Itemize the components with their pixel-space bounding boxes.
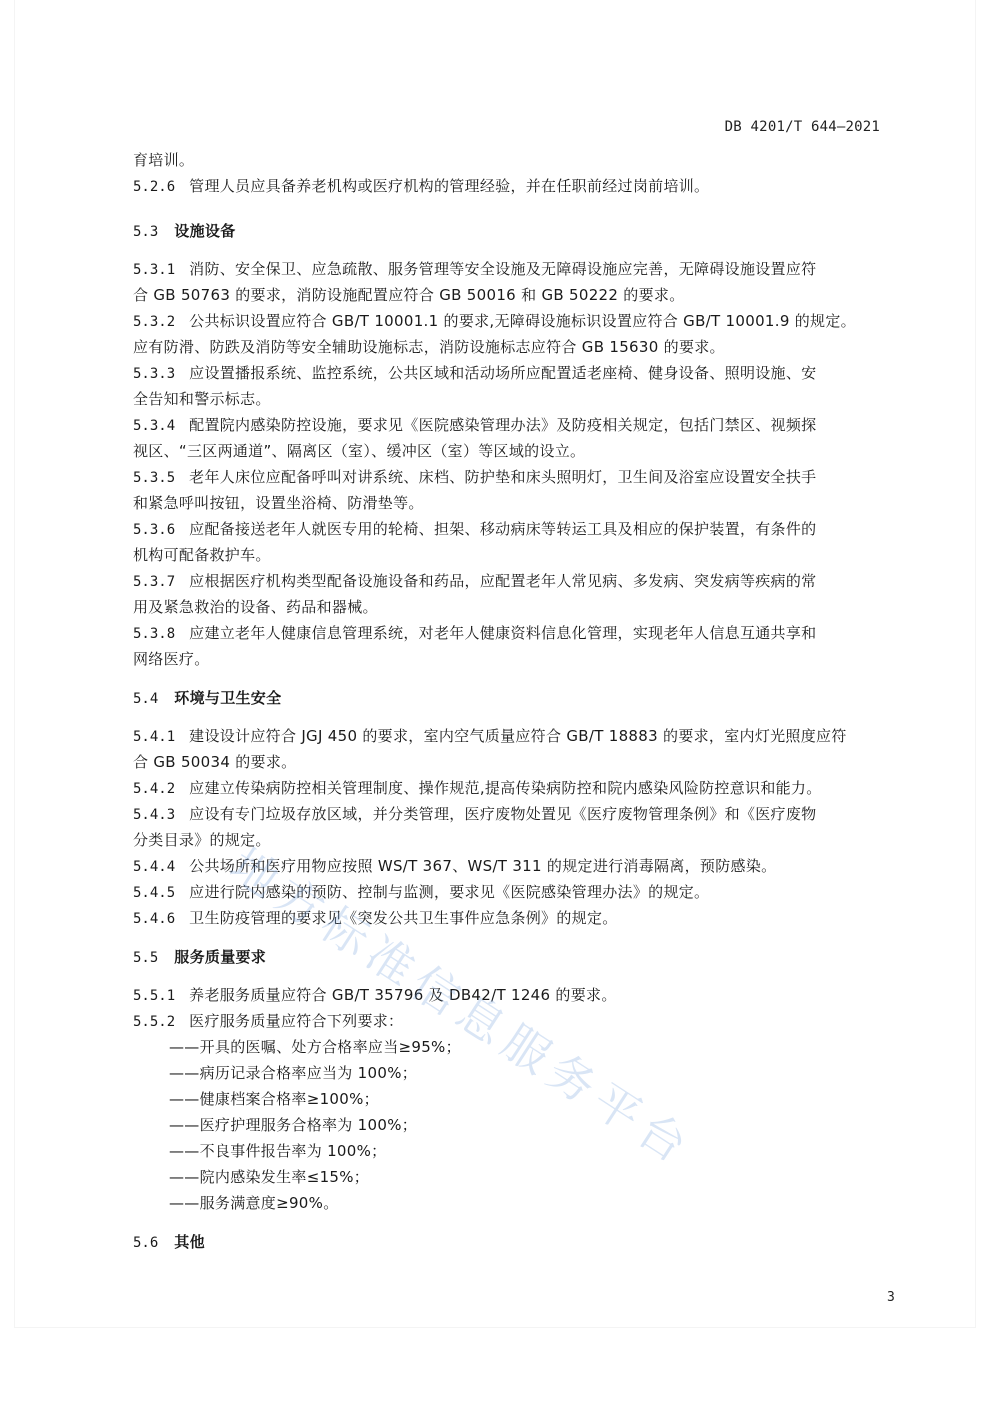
- clause-number: 5.3.6: [133, 522, 175, 538]
- clause-number: 5.4.6: [133, 911, 175, 927]
- section-heading: 5.3设施设备: [133, 221, 236, 242]
- continuation-line: 用及紧急救治的设备、药品和器械。: [133, 597, 378, 617]
- clause-number: 5.3.2: [133, 314, 175, 330]
- list-item: ——健康档案合格率≥100%；: [169, 1089, 379, 1109]
- line-text: 应设有专门垃圾存放区域，并分类管理，医疗废物处置见《医疗废物管理条例》和《医疗废…: [189, 805, 816, 823]
- line-text: 应建立老年人健康信息管理系统，对老年人健康资料信息化管理，实现老年人信息互通共享…: [189, 624, 816, 642]
- clause-number: 5.3.1: [133, 262, 175, 278]
- clause-line: 5.3.2公共标识设置应符合 GB/T 10001.1 的要求,无障碍设施标识设…: [133, 311, 856, 332]
- list-item: ——不良事件报告率为 100%；: [169, 1141, 386, 1161]
- page-number: 3: [887, 1290, 895, 1305]
- clause-line: 5.5.2医疗服务质量应符合下列要求：: [133, 1011, 403, 1032]
- clause-number: 5.3.5: [133, 470, 175, 486]
- clause-number: 5.4: [133, 691, 158, 707]
- clause-line: 5.4.5应进行院内感染的预防、控制与监测，要求见《医院感染管理办法》的规定。: [133, 882, 709, 903]
- list-item: ——服务满意度≥90%。: [169, 1193, 339, 1213]
- continuation-line: 分类目录》的规定。: [133, 830, 271, 850]
- clause-line: 5.3.7应根据医疗机构类型配备设施设备和药品，应配置老年人常见病、多发病、突发…: [133, 571, 816, 592]
- list-item: ——院内感染发生率≤15%；: [169, 1167, 369, 1187]
- line-text: 配置院内感染防控设施，要求见《医院感染管理办法》及防疫相关规定，包括门禁区、视频…: [189, 416, 816, 434]
- line-text: 老年人床位应配备呼叫对讲系统、床档、防护垫和床头照明灯，卫生间及浴室应设置安全扶…: [189, 468, 816, 486]
- document-page: DB 4201/T 644—2021 育培训。5.2.6管理人员应具备养老机构或…: [15, 0, 975, 1327]
- line-text: ——医疗护理服务合格率为 100%；: [169, 1116, 417, 1134]
- line-text: ——健康档案合格率≥100%；: [169, 1090, 379, 1108]
- line-text: 公共标识设置应符合 GB/T 10001.1 的要求,无障碍设施标识设置应符合 …: [189, 312, 856, 330]
- clause-number: 5.4.2: [133, 781, 175, 797]
- clause-line: 5.4.1建设设计应符合 JGJ 450 的要求，室内空气质量应符合 GB/T …: [133, 726, 847, 747]
- line-text: 服务质量要求: [174, 948, 266, 966]
- clause-line: 5.3.3应设置播报系统、监控系统，公共区域和活动场所应配置适老座椅、健身设备、…: [133, 363, 816, 384]
- continuation-line: 机构可配备救护车。: [133, 545, 271, 565]
- clause-number: 5.4.3: [133, 807, 175, 823]
- line-text: 应建立传染病防控相关管理制度、操作规范,提高传染病防控和院内感染风险防控意识和能…: [189, 779, 821, 797]
- continuation-line: 应有防滑、防跌及消防等安全辅助设施标志，消防设施标志应符合 GB 15630 的…: [133, 337, 725, 357]
- list-item: ——开具的医嘱、处方合格率应当≥95%；: [169, 1037, 461, 1057]
- line-text: 公共场所和医疗用物应按照 WS/T 367、WS/T 311 的规定进行消毒隔离…: [189, 857, 776, 875]
- line-text: ——不良事件报告率为 100%；: [169, 1142, 386, 1160]
- clause-number: 5.3: [133, 224, 158, 240]
- line-text: 设施设备: [174, 222, 235, 240]
- line-text: 分类目录》的规定。: [133, 831, 271, 849]
- clause-number: 5.6: [133, 1235, 158, 1251]
- continuation-line: 合 GB 50763 的要求，消防设施配置应符合 GB 50016 和 GB 5…: [133, 285, 685, 305]
- line-text: 和紧急呼叫按钮，设置坐浴椅、防滑垫等。: [133, 494, 424, 512]
- line-text: 其他: [174, 1233, 205, 1251]
- list-item: ——医疗护理服务合格率为 100%；: [169, 1115, 417, 1135]
- clause-number: 5.3.7: [133, 574, 175, 590]
- line-text: 合 GB 50763 的要求，消防设施配置应符合 GB 50016 和 GB 5…: [133, 286, 685, 304]
- continuation-line: 视区、“三区两通道”、隔离区（室）、缓冲区（室）等区域的设立。: [133, 441, 585, 461]
- line-text: ——院内感染发生率≤15%；: [169, 1168, 369, 1186]
- clause-line: 5.4.4公共场所和医疗用物应按照 WS/T 367、WS/T 311 的规定进…: [133, 856, 776, 877]
- line-text: 全告知和警示标志。: [133, 390, 271, 408]
- line-text: 育培训。: [133, 151, 194, 169]
- clause-line: 5.3.5老年人床位应配备呼叫对讲系统、床档、防护垫和床头照明灯，卫生间及浴室应…: [133, 467, 816, 488]
- line-text: ——服务满意度≥90%。: [169, 1194, 339, 1212]
- line-text: 医疗服务质量应符合下列要求：: [189, 1012, 403, 1030]
- line-text: 用及紧急救治的设备、药品和器械。: [133, 598, 378, 616]
- clause-number: 5.3.4: [133, 418, 175, 434]
- clause-number: 5.4.5: [133, 885, 175, 901]
- clause-number: 5.5.1: [133, 988, 175, 1004]
- line-text: 应根据医疗机构类型配备设施设备和药品，应配置老年人常见病、多发病、突发病等疾病的…: [189, 572, 816, 590]
- line-text: 视区、“三区两通道”、隔离区（室）、缓冲区（室）等区域的设立。: [133, 442, 585, 460]
- clause-number: 5.3.8: [133, 626, 175, 642]
- line-text: 建设设计应符合 JGJ 450 的要求，室内空气质量应符合 GB/T 18883…: [189, 727, 846, 745]
- document-code-header: DB 4201/T 644—2021: [725, 119, 880, 135]
- section-heading: 5.5服务质量要求: [133, 947, 266, 968]
- line-text: 机构可配备救护车。: [133, 546, 271, 564]
- clause-line: 5.4.2应建立传染病防控相关管理制度、操作规范,提高传染病防控和院内感染风险防…: [133, 778, 822, 799]
- clause-line: 5.4.6卫生防疫管理的要求见《突发公共卫生事件应急条例》的规定。: [133, 908, 618, 929]
- section-heading: 5.6其他: [133, 1232, 205, 1253]
- continuation-line: 全告知和警示标志。: [133, 389, 271, 409]
- list-item: ——病历记录合格率应当为 100%；: [169, 1063, 417, 1083]
- clause-number: 5.5: [133, 950, 158, 966]
- clause-line: 5.3.4配置院内感染防控设施，要求见《医院感染管理办法》及防疫相关规定，包括门…: [133, 415, 816, 436]
- line-text: 网络医疗。: [133, 650, 210, 668]
- section-heading: 5.4环境与卫生安全: [133, 688, 281, 709]
- continuation-line: 和紧急呼叫按钮，设置坐浴椅、防滑垫等。: [133, 493, 424, 513]
- line-text: 环境与卫生安全: [174, 689, 281, 707]
- clause-line: 5.5.1养老服务质量应符合 GB/T 35796 及 DB42/T 1246 …: [133, 985, 617, 1006]
- line-text: 卫生防疫管理的要求见《突发公共卫生事件应急条例》的规定。: [189, 909, 617, 927]
- clause-number: 5.2.6: [133, 179, 175, 195]
- line-text: 消防、安全保卫、应急疏散、服务管理等安全设施及无障碍设施应完善，无障碍设施设置应…: [189, 260, 816, 278]
- clause-number: 5.4.1: [133, 729, 175, 745]
- line-text: ——开具的医嘱、处方合格率应当≥95%；: [169, 1038, 461, 1056]
- clause-line: 5.4.3应设有专门垃圾存放区域，并分类管理，医疗废物处置见《医疗废物管理条例》…: [133, 804, 816, 825]
- line-text: 合 GB 50034 的要求。: [133, 753, 296, 771]
- line-text: 管理人员应具备养老机构或医疗机构的管理经验，并在任职前经过岗前培训。: [189, 177, 709, 195]
- clause-number: 5.4.4: [133, 859, 175, 875]
- clause-number: 5.3.3: [133, 366, 175, 382]
- clause-line: 5.3.8应建立老年人健康信息管理系统，对老年人健康资料信息化管理，实现老年人信…: [133, 623, 816, 644]
- clause-line: 5.3.6应配备接送老年人就医专用的轮椅、担架、移动病床等转运工具及相应的保护装…: [133, 519, 816, 540]
- line-text: ——病历记录合格率应当为 100%；: [169, 1064, 417, 1082]
- clause-number: 5.5.2: [133, 1014, 175, 1030]
- clause-line: 5.2.6管理人员应具备养老机构或医疗机构的管理经验，并在任职前经过岗前培训。: [133, 176, 709, 197]
- line-text: 应配备接送老年人就医专用的轮椅、担架、移动病床等转运工具及相应的保护装置，有条件…: [189, 520, 816, 538]
- line-text: 养老服务质量应符合 GB/T 35796 及 DB42/T 1246 的要求。: [189, 986, 616, 1004]
- line-text: 应有防滑、防跌及消防等安全辅助设施标志，消防设施标志应符合 GB 15630 的…: [133, 338, 725, 356]
- continuation-line: 育培训。: [133, 150, 194, 170]
- line-text: 应设置播报系统、监控系统，公共区域和活动场所应配置适老座椅、健身设备、照明设施、…: [189, 364, 816, 382]
- clause-line: 5.3.1消防、安全保卫、应急疏散、服务管理等安全设施及无障碍设施应完善，无障碍…: [133, 259, 816, 280]
- continuation-line: 合 GB 50034 的要求。: [133, 752, 296, 772]
- continuation-line: 网络医疗。: [133, 649, 210, 669]
- line-text: 应进行院内感染的预防、控制与监测，要求见《医院感染管理办法》的规定。: [189, 883, 709, 901]
